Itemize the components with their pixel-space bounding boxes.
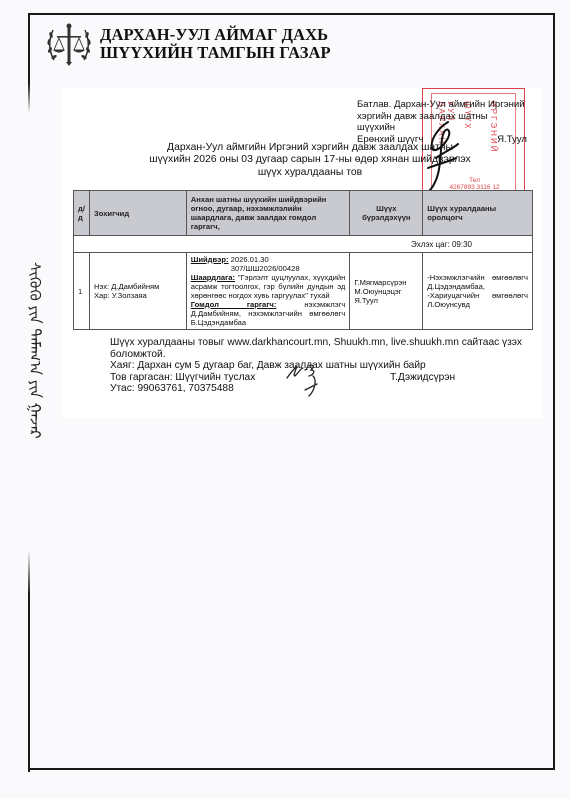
- decision-number: 307/ШШ2026/00428: [191, 264, 346, 273]
- institution-name: ДАРХАН-УУЛ АЙМАГ ДАХЬ ШҮҮХИЙН ТАМГЫН ГАЗ…: [100, 26, 331, 62]
- decision-details-cell: Шийдвэр: 2026.01.30 307/ШШ2026/00428 Шаа…: [186, 253, 350, 330]
- vertical-mongolian-script: ᠰᠢᠭᠦᠬᠦ ᠶᠢᠨ ᠲᠠᠮᠠᠭ᠎ᠠ ᠶᠢᠨ ᠭᠠᠵᠠᠷ: [22, 155, 42, 545]
- institution-name-line2: ШҮҮХИЙН ТАМГЫН ГАЗАР: [100, 44, 331, 62]
- judge-2: М.Оюунцэцэг: [354, 287, 418, 296]
- header-participants: Шүүх хуралдааны оролцогч: [423, 191, 533, 236]
- start-time-row: Эхлэх цаг: 09:30: [74, 236, 533, 253]
- table-row: 1 Нэх: Д.Дамбийням Хар: У.Золзаяа Шийдвэ…: [74, 253, 533, 330]
- header-parties: Зохигчид: [89, 191, 186, 236]
- start-time: Эхлэх цаг: 09:30: [74, 236, 533, 253]
- hearing-schedule-table: д/д Зохигчид Анхан шатны шүүхийн шийдвэр…: [73, 190, 533, 330]
- approval-line1: Батлав. Дархан-Уул аймгийн Иргэний: [357, 99, 527, 111]
- plaintiff: Нэх: Д.Дамбийням: [94, 282, 182, 291]
- decision-date: 2026.01.30: [229, 255, 269, 264]
- header-no: д/д: [74, 191, 90, 236]
- participant-name-2: Л.Оюунсувд: [427, 300, 528, 309]
- header-decision-details: Анхан шатны шүүхийн шийдвэрийн огноо, ду…: [186, 191, 350, 236]
- court-panel-cell: Г.Мягмарсүрэн М.Оюунцэцэг Я.Туул: [350, 253, 423, 330]
- participants-cell: -Нэхэмжлэгчийн өмгөөлөгч Д.Цэдэндамбаа, …: [423, 253, 533, 330]
- document-title: Дархан-Уул аймгийн Иргэний хэргийн давж …: [145, 142, 475, 179]
- issued-by-name: Т.Дэжидсүрэн: [390, 372, 455, 384]
- page-border-left-bottom: [28, 550, 30, 772]
- defendant: Хар: У.Золзаяа: [94, 291, 182, 300]
- appeal-label: Гомдол гаргагч:: [191, 300, 277, 309]
- judge-1: Г.Мягмарсүрэн: [354, 278, 418, 287]
- document-title-line2: шүүхийн 2026 оны 03 дугаар сарын 17-ны ө…: [145, 154, 475, 166]
- header-court-panel: Шүүх бүрэлдэхүүн: [350, 191, 423, 236]
- row-number: 1: [74, 253, 90, 330]
- claim-label: Шаардлага:: [191, 273, 235, 282]
- letterhead: ДАРХАН-УУЛ АЙМАГ ДАХЬ ШҮҮХИЙН ТАМГЫН ГАЗ…: [44, 20, 331, 68]
- parties-cell: Нэх: Д.Дамбийням Хар: У.Золзаяа: [89, 253, 186, 330]
- footer-website-note-cont: боломжтой.: [110, 349, 530, 361]
- scales-of-justice-icon: [44, 20, 94, 68]
- footer-website-note: Шүүх хуралдааны товыг www.darkhancourt.m…: [110, 337, 530, 349]
- issued-by-label: Тов гаргасан: Шүүгчийн туслах: [110, 372, 300, 384]
- participant-role-1: -Нэхэмжлэгчийн өмгөөлөгч: [427, 273, 528, 282]
- approval-judge-name: Я.Туул: [497, 134, 527, 146]
- assistant-signature-icon: [283, 360, 333, 400]
- institution-name-line1: ДАРХАН-УУЛ АЙМАГ ДАХЬ: [100, 26, 331, 44]
- document-title-line1: Дархан-Уул аймгийн Иргэний хэргийн давж …: [145, 142, 475, 154]
- participant-role-2: -Хариуцагчийн өмгөөлөгч: [427, 291, 528, 300]
- judge-3: Я.Туул: [354, 296, 418, 305]
- decision-label: Шийдвэр:: [191, 255, 229, 264]
- document-title-line3: шүүх хуралдааны тов: [145, 167, 475, 179]
- participant-name-1: Д.Цэдэндамбаа,: [427, 282, 528, 291]
- table-header-row: д/д Зохигчид Анхан шатны шүүхийн шийдвэр…: [74, 191, 533, 236]
- page-border-left-top: [28, 13, 30, 113]
